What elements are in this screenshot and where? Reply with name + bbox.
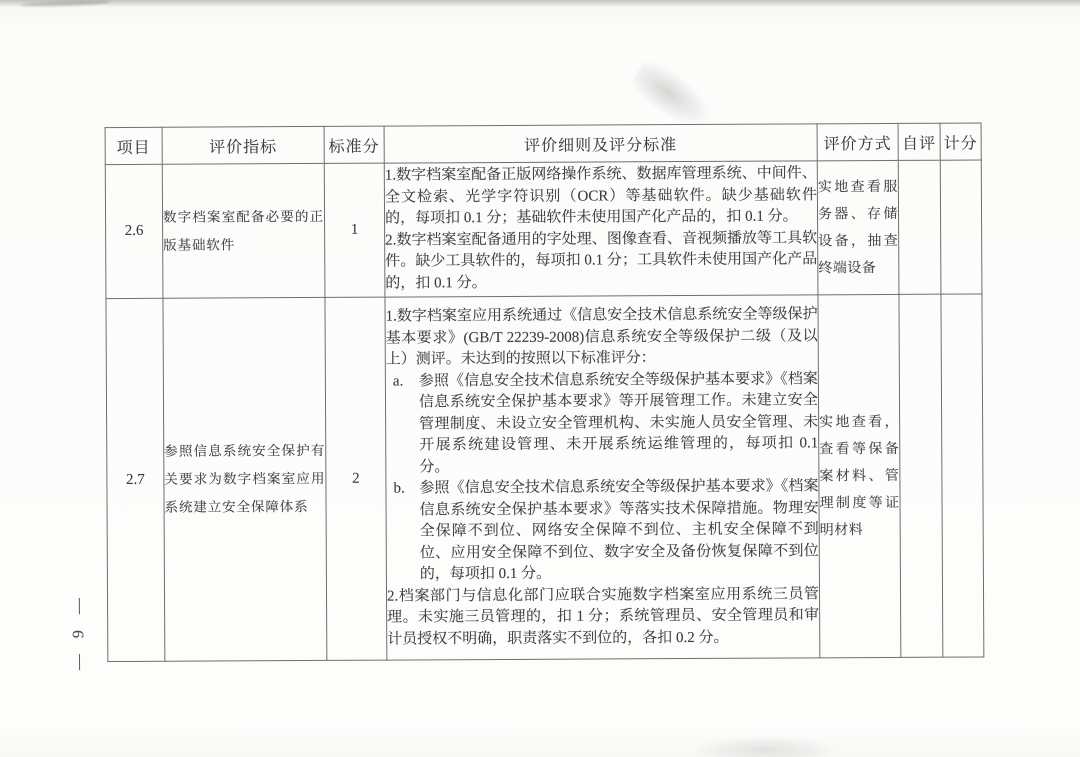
table-row-2-7: 2.7 参照信息系统安全保护有关要求为数字档案室应用系统建立安全保障体系 2 1…: [106, 294, 984, 662]
cell-method-27: 实地查看，查看等保备案材料、管理制度等证明材料: [818, 294, 901, 657]
table-row-2-6: 2.6 数字档案室配备必要的正版基础软件 1 1.数字档案室配备正版网络操作系统…: [105, 160, 982, 299]
cell-indicator-27: 参照信息系统安全保护有关要求为数字档案室应用系统建立安全保障体系: [163, 297, 327, 661]
indicator-text: 数字档案室配备必要的正版基础软件: [163, 202, 324, 259]
cell-rules-27: 1.数字档案室应用系统通过《信息安全技术信息系统安全等级保护基本要求》(GB/T…: [385, 295, 820, 660]
col-header-self-eval: 自评: [898, 123, 940, 160]
method-text: 实地查看，查看等保备案材料、管理制度等证明材料: [819, 408, 900, 543]
col-header-standard-score: 标准分: [324, 126, 384, 163]
cell-rules-26: 1.数字档案室配备正版网络操作系统、数据库管理系统、中间件、全文检索、光学字符识…: [384, 161, 818, 297]
rule-paragraph: 1.数字档案室应用系统通过《信息安全技术信息系统安全等级保护基本要求》(GB/T…: [386, 304, 818, 371]
col-header-method: 评价方式: [817, 123, 898, 160]
cell-self-eval-27: [899, 294, 943, 657]
cell-item-27: 2.7: [106, 298, 165, 661]
rule-paragraph: 2.档案部门与信息化部门应联合实施数字档案室应用系统三员管理。未实施三员管理的，…: [387, 584, 819, 651]
rule-subparagraph-a: a.参照《信息安全技术信息系统安全等级保护基本要求》《档案信息系统安全保护基本要…: [386, 369, 819, 479]
col-header-indicator: 评价指标: [162, 126, 324, 164]
method-text: 实地查看服务器、存储设备，抽查终端设备: [818, 173, 899, 281]
evaluation-criteria-table: 项目 评价指标 标准分 评价细则及评分标准 评价方式 自评 计分 2.6 数字档…: [105, 122, 985, 662]
cell-method-26: 实地查看服务器、存储设备，抽查终端设备: [817, 160, 899, 294]
col-header-item: 项目: [105, 127, 162, 164]
cell-final-score-27: [941, 294, 984, 657]
document-sheet: — 9 — 项目 评价指标 标准分 评价细则及评分标准 评价方式 自评 计分: [0, 0, 1080, 757]
table-header-row: 项目 评价指标 标准分 评价细则及评分标准 评价方式 自评 计分: [105, 123, 981, 165]
cell-standard-score-27: 2: [325, 297, 387, 660]
page-number: — 9 —: [70, 571, 89, 691]
cell-final-score-26: [940, 160, 982, 294]
col-header-rules: 评价细则及评分标准: [384, 124, 817, 163]
cell-self-eval-26: [898, 160, 941, 294]
rule-paragraph: 2.数字档案室配备通用的字处理、图像查看、音视频播放等工具软件。缺少工具软件的，…: [385, 228, 817, 295]
col-header-final-score: 计分: [940, 123, 981, 160]
rule-subparagraph-b: b.参照《信息安全技术信息系统安全等级保护基本要求》《档案信息系统安全保护基本要…: [386, 476, 819, 586]
indicator-text: 参照信息系统安全保护有关要求为数字档案室应用系统建立安全保障体系: [164, 437, 325, 522]
cell-item-26: 2.6: [105, 164, 163, 298]
cell-indicator-26: 数字档案室配备必要的正版基础软件: [162, 163, 325, 298]
cell-standard-score-26: 1: [324, 163, 385, 297]
scanned-document-page: — 9 — 项目 评价指标 标准分 评价细则及评分标准 评价方式 自评 计分: [0, 0, 1080, 757]
rule-paragraph: 1.数字档案室配备正版网络操作系统、数据库管理系统、中间件、全文检索、光学字符识…: [385, 163, 817, 230]
